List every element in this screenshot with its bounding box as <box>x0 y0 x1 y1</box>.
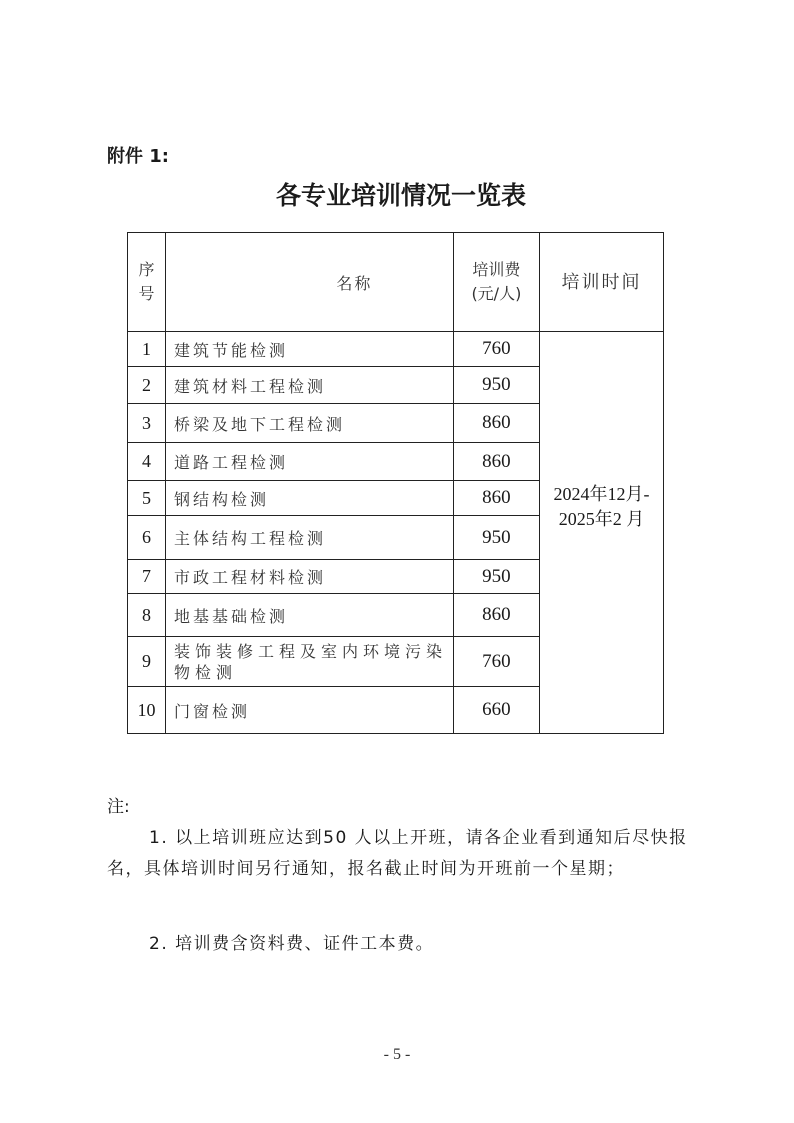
attachment-label: 附件 1: <box>107 142 169 168</box>
note-1: 1. 以上培训班应达到50 人以上开班，请各企业看到通知后尽快报名，具体培训时间… <box>107 823 692 885</box>
page-title: 各专业培训情况一览表 <box>0 176 794 212</box>
table-header-row: 序 号 名称 培训费 (元/人) 培训时间 <box>128 233 664 332</box>
training-time: 2024年12月- 2025年2 月 <box>553 484 649 529</box>
header-name: 名称 <box>165 233 453 332</box>
notes-label: 注: <box>107 792 130 817</box>
row-name: 地基基础检测 <box>165 594 453 637</box>
header-time: 培训时间 <box>539 233 663 332</box>
row-fee: 660 <box>453 687 539 734</box>
row-index: 6 <box>128 516 166 560</box>
row-fee: 860 <box>453 443 539 481</box>
row-index: 3 <box>128 404 166 443</box>
row-name: 道路工程检测 <box>165 443 453 481</box>
row-index: 5 <box>128 481 166 516</box>
row-name: 市政工程材料检测 <box>165 560 453 594</box>
row-index: 8 <box>128 594 166 637</box>
row-fee: 950 <box>453 516 539 560</box>
header-fee: 培训费 (元/人) <box>453 233 539 332</box>
row-name: 建筑材料工程检测 <box>165 367 453 404</box>
row-index: 4 <box>128 443 166 481</box>
row-fee: 760 <box>453 332 539 367</box>
training-table: 序 号 名称 培训费 (元/人) 培训时间 1建筑节能检测7602024年12月… <box>127 232 664 734</box>
row-name: 建筑节能检测 <box>165 332 453 367</box>
row-index: 7 <box>128 560 166 594</box>
row-index: 1 <box>128 332 166 367</box>
page-number: - 5 - <box>0 1046 794 1064</box>
row-name: 主体结构工程检测 <box>165 516 453 560</box>
table-row: 1建筑节能检测7602024年12月- 2025年2 月 <box>128 332 664 367</box>
header-index: 序 号 <box>128 233 166 332</box>
training-time-cell: 2024年12月- 2025年2 月 <box>539 332 663 734</box>
row-fee: 860 <box>453 594 539 637</box>
row-index: 9 <box>128 637 166 687</box>
row-fee: 950 <box>453 367 539 404</box>
row-index: 2 <box>128 367 166 404</box>
row-fee: 760 <box>453 637 539 687</box>
row-name: 钢结构检测 <box>165 481 453 516</box>
note-2: 2. 培训费含资料费、证件工本费。 <box>107 929 692 960</box>
row-fee: 860 <box>453 481 539 516</box>
row-fee: 860 <box>453 404 539 443</box>
row-name: 门窗检测 <box>165 687 453 734</box>
row-name: 装饰装修工程及室内环境污染物检测 <box>165 637 453 687</box>
row-index: 10 <box>128 687 166 734</box>
row-fee: 950 <box>453 560 539 594</box>
row-name: 桥梁及地下工程检测 <box>165 404 453 443</box>
